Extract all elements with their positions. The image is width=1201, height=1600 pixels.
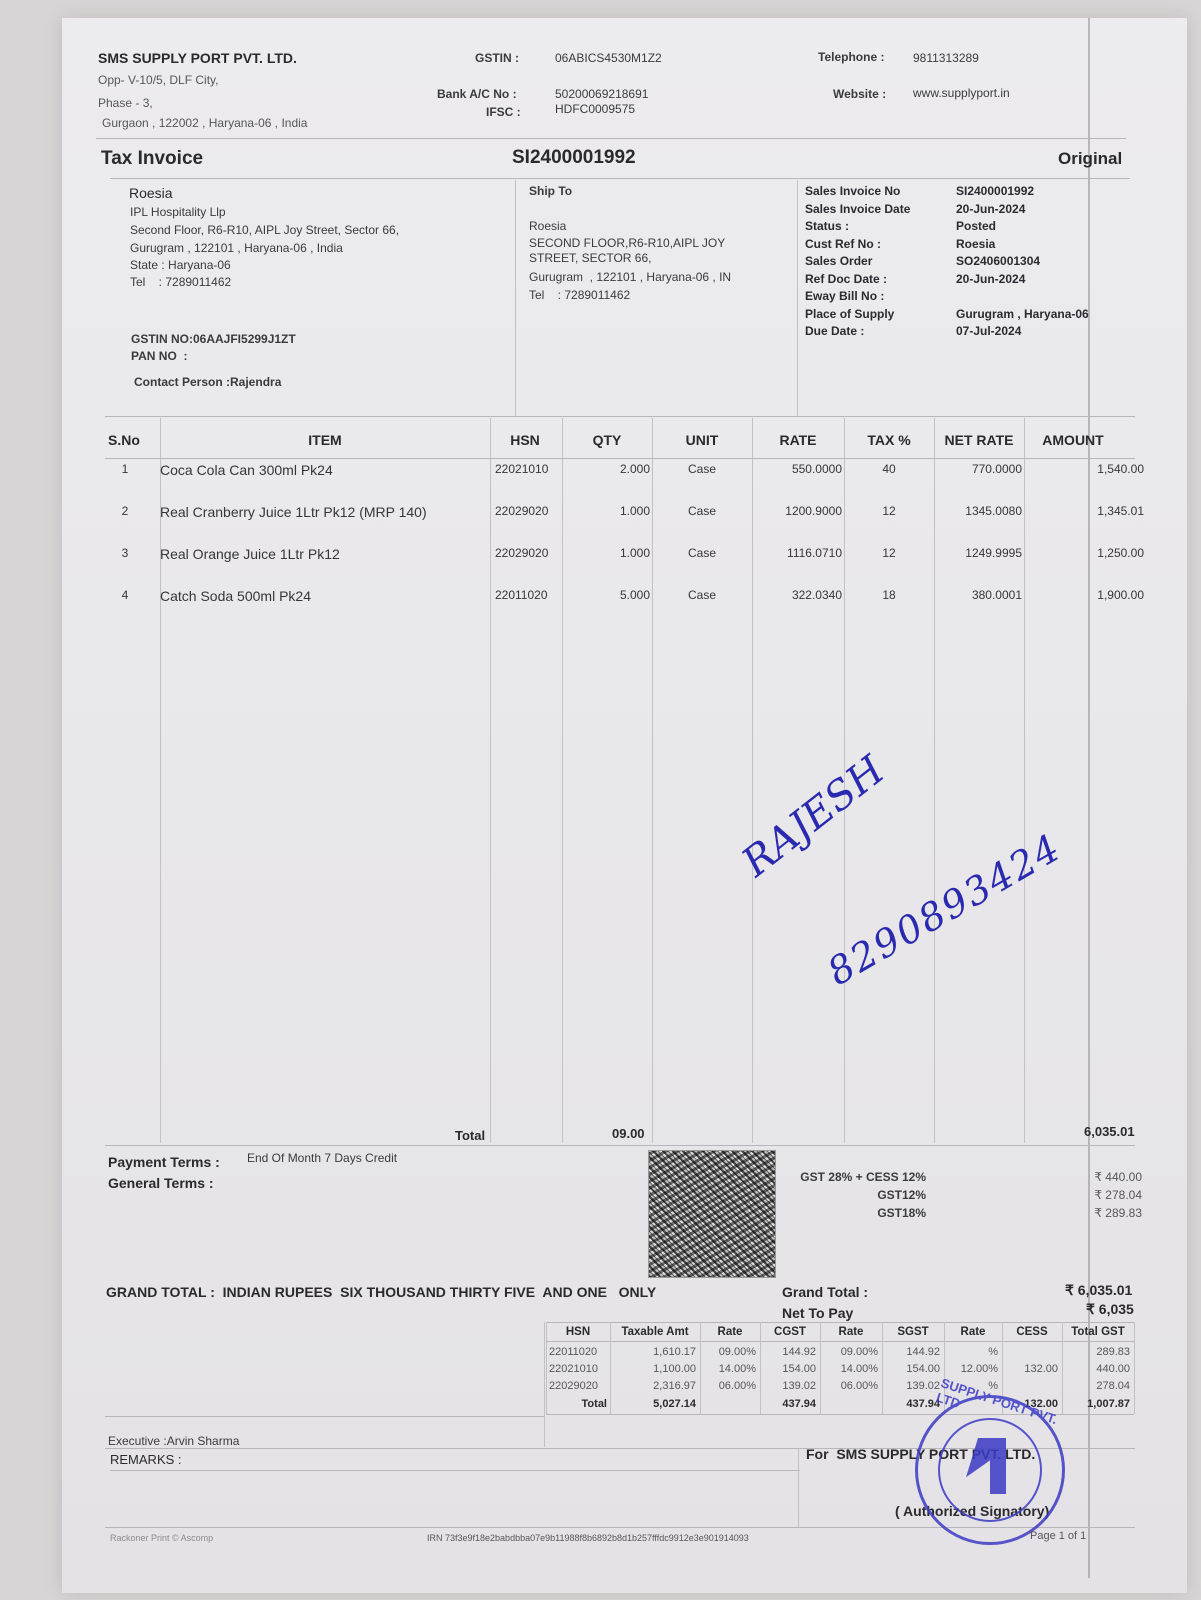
divider <box>110 1470 800 1471</box>
item-cell: 2.000 <box>562 462 650 476</box>
hsn-header-cell: Rate <box>700 1326 760 1338</box>
divider <box>797 180 798 416</box>
item-cell: 12 <box>844 546 934 560</box>
ship-to-heading: Ship To <box>529 184 572 198</box>
hsn-row-cell: 139.02 <box>882 1380 944 1392</box>
bank-label: Bank A/C No : <box>437 87 517 101</box>
meta-value-4: SO2406001304 <box>956 254 1040 268</box>
hsn-row-cell: 22029020 <box>546 1380 610 1392</box>
divider <box>105 416 1135 417</box>
payment-terms-label: Payment Terms : <box>108 1154 220 1170</box>
ifsc-value: HDFC0009575 <box>555 102 635 116</box>
hsn-header-cell: CESS <box>1002 1326 1062 1338</box>
bank-value: 50200069218691 <box>555 87 648 101</box>
column-divider <box>652 418 653 1143</box>
item-cell: 1 <box>108 462 142 476</box>
meta-value-3: Roesia <box>956 237 995 251</box>
copy-label: Original <box>1058 149 1122 169</box>
item-cell: 1,250.00 <box>1024 546 1144 560</box>
bill-to-gstin: GSTIN NO:06AAJFI5299J1ZT <box>131 332 296 346</box>
item-cell: 2 <box>108 504 142 518</box>
hsn-row-cell: 22011020 <box>546 1346 610 1358</box>
item-cell: 770.0000 <box>934 462 1022 476</box>
item-cell: 380.0001 <box>934 588 1022 602</box>
item-cell: 550.0000 <box>752 462 842 476</box>
grand-total-words: GRAND TOTAL : INDIAN RUPEES SIX THOUSAND… <box>106 1284 656 1300</box>
item-cell: 22029020 <box>495 504 565 518</box>
hsn-row-cell: 154.00 <box>882 1363 944 1375</box>
document-title: Tax Invoice <box>101 148 203 170</box>
item-cell: Real Orange Juice 1Ltr Pk12 <box>160 546 490 562</box>
item-cell: 4 <box>108 588 142 602</box>
hsn-total-cell: 1,007.87 <box>1062 1398 1134 1410</box>
hsn-header-cell: SGST <box>882 1326 944 1338</box>
bill-to-pan: PAN NO : <box>131 349 187 363</box>
divider <box>515 180 516 416</box>
contact-person: Contact Person :Rajendra <box>134 375 281 389</box>
hsn-row-cell: 06.00% <box>700 1380 760 1392</box>
item-cell: 22021010 <box>495 462 565 476</box>
column-header-hsn: HSN <box>490 432 560 448</box>
hsn-header-cell: Total GST <box>1062 1326 1134 1338</box>
website-link[interactable]: www.supplyport.in <box>913 86 1010 100</box>
website-label: Website : <box>833 87 886 101</box>
hsn-row-cell: 154.00 <box>760 1363 820 1375</box>
bill-to-line: Tel : 7289011462 <box>130 275 231 289</box>
divider <box>96 138 1126 139</box>
hsn-header-cell: CGST <box>760 1326 820 1338</box>
meta-label-5: Ref Doc Date : <box>805 272 887 286</box>
item-cell: Case <box>652 504 752 518</box>
meta-value-8: 07-Jul-2024 <box>956 324 1021 338</box>
hsn-total-cell: 5,027.14 <box>610 1398 700 1410</box>
hsn-top-border <box>546 1322 1134 1323</box>
column-divider <box>160 418 161 1143</box>
item-cell: 1.000 <box>562 504 650 518</box>
hsn-total-cell: Total <box>546 1398 610 1410</box>
item-cell: 22011020 <box>495 588 565 602</box>
meta-label-7: Place of Supply <box>805 307 894 321</box>
payment-terms-value: End Of Month 7 Days Credit <box>247 1151 397 1165</box>
hsn-row-cell: 139.02 <box>760 1380 820 1392</box>
column-header-unit: UNIT <box>652 432 752 448</box>
ship-to-line: Gurugram , 122101 , Haryana-06 , IN <box>529 270 731 284</box>
hsn-row-cell: 144.92 <box>760 1346 820 1358</box>
hsn-row-cell: 2,316.97 <box>610 1380 700 1392</box>
divider <box>544 1322 545 1447</box>
item-cell: 18 <box>844 588 934 602</box>
ship-to-line: Roesia <box>529 219 566 233</box>
gstin-value: 06ABICS4530M1Z2 <box>555 51 662 65</box>
total-label: Total <box>455 1128 485 1143</box>
hsn-row-cell: % <box>944 1346 1002 1358</box>
column-divider <box>934 418 935 1143</box>
invoice-number: SI2400001992 <box>512 147 636 169</box>
bill-to-name: Roesia <box>129 185 173 201</box>
total-qty: 09.00 <box>612 1126 645 1141</box>
grand-total-value: ₹ 6,035.01 <box>1065 1282 1132 1299</box>
item-cell: Real Cranberry Juice 1Ltr Pk12 (MRP 140) <box>160 504 490 520</box>
meta-label-0: Sales Invoice No <box>805 184 900 198</box>
column-divider <box>490 418 491 1143</box>
column-header-rate: RATE <box>752 432 844 448</box>
meta-label-1: Sales Invoice Date <box>805 202 910 216</box>
item-cell: Case <box>652 546 752 560</box>
hsn-row-cell: 144.92 <box>882 1346 944 1358</box>
item-cell: Case <box>652 462 752 476</box>
bill-to-line: IPL Hospitality Llp <box>130 205 226 219</box>
divider <box>110 178 1130 179</box>
executive: Executive :Arvin Sharma <box>108 1434 239 1448</box>
hsn-row-cell: 09.00% <box>700 1346 760 1358</box>
hsn-header-border <box>546 1341 1134 1342</box>
divider <box>798 1448 799 1528</box>
footer-print-credit: Rackoner Print © Ascomp <box>110 1533 213 1543</box>
hsn-row-cell: 12.00% <box>944 1363 1002 1375</box>
column-header-item: ITEM <box>160 432 490 448</box>
ship-to-line: Tel : 7289011462 <box>529 288 630 302</box>
meta-label-2: Status : <box>805 219 849 233</box>
hsn-row-cell: 06.00% <box>820 1380 882 1392</box>
hsn-row-cell: 132.00 <box>1002 1363 1062 1375</box>
item-cell: 22029020 <box>495 546 565 560</box>
meta-value-7: Gurugram , Haryana-06 <box>956 307 1089 321</box>
item-cell: 1200.9000 <box>752 504 842 518</box>
tax-summary-label: GST18% <box>786 1206 926 1220</box>
net-to-pay-value: ₹ 6,035 <box>1086 1301 1134 1318</box>
telephone-value: 9811313289 <box>913 51 979 65</box>
hsn-column-divider <box>1134 1322 1135 1414</box>
net-to-pay-label: Net To Pay <box>782 1305 853 1321</box>
hsn-row-cell: 1,610.17 <box>610 1346 700 1358</box>
hsn-row-cell: 14.00% <box>700 1363 760 1375</box>
grand-total-label: Grand Total : <box>782 1284 868 1300</box>
company-name: SMS SUPPLY PORT PVT. LTD. <box>98 50 297 66</box>
tax-summary-label: GST12% <box>786 1188 926 1202</box>
item-cell: 1249.9995 <box>934 546 1022 560</box>
hsn-header-cell: HSN <box>546 1326 610 1338</box>
item-cell: 1,900.00 <box>1024 588 1144 602</box>
item-cell: 322.0340 <box>752 588 842 602</box>
general-terms-label: General Terms : <box>108 1175 214 1191</box>
bill-to-line: Gurugram , 122101 , Haryana-06 , India <box>130 241 343 255</box>
hsn-row-cell: 289.83 <box>1062 1346 1134 1358</box>
header-divider <box>105 458 1135 459</box>
item-cell: 3 <box>108 546 142 560</box>
item-cell: Case <box>652 588 752 602</box>
column-header-tax-: TAX % <box>844 432 934 448</box>
item-cell: 1345.0080 <box>934 504 1022 518</box>
hsn-row-cell: 278.04 <box>1062 1380 1134 1392</box>
meta-value-5: 20-Jun-2024 <box>956 272 1025 286</box>
hsn-row-cell: 09.00% <box>820 1346 882 1358</box>
item-cell: Catch Soda 500ml Pk24 <box>160 588 490 604</box>
hsn-row-cell: 14.00% <box>820 1363 882 1375</box>
irn: IRN 73f3e9f18e2babdbba07e9b11988f8b6892b… <box>427 1533 749 1543</box>
company-address-1: Opp- V-10/5, DLF City, <box>98 73 219 87</box>
divider <box>105 1145 1135 1146</box>
company-stamp: SUPPLY PORT PVT. LTD <box>915 1395 1065 1545</box>
tax-summary-value: ₹ 289.83 <box>1040 1206 1142 1220</box>
item-cell: 12 <box>844 504 934 518</box>
column-header-net-rate: NET RATE <box>934 432 1024 448</box>
divider <box>105 1416 545 1417</box>
meta-value-1: 20-Jun-2024 <box>956 202 1025 216</box>
hsn-row-cell: 1,100.00 <box>610 1363 700 1375</box>
item-cell: 1,540.00 <box>1024 462 1144 476</box>
item-cell: 1116.0710 <box>752 546 842 560</box>
bill-to-line: Second Floor, R6-R10, AIPL Joy Street, S… <box>130 223 399 237</box>
ship-to-line: STREET, SECTOR 66, <box>529 251 651 265</box>
column-divider <box>1024 418 1025 1143</box>
hsn-row-cell: 22021010 <box>546 1363 610 1375</box>
company-address-3: Gurgaon , 122002 , Haryana-06 , India <box>102 116 307 130</box>
company-address-2: Phase - 3, <box>98 96 153 110</box>
meta-label-3: Cust Ref No : <box>805 237 881 251</box>
total-amount: 6,035.01 <box>1084 1124 1135 1139</box>
column-header-qty: QTY <box>562 432 652 448</box>
item-cell: 1,345.01 <box>1024 504 1144 518</box>
e-invoice-qr-code <box>648 1150 776 1278</box>
hsn-row-cell: 440.00 <box>1062 1363 1134 1375</box>
tax-summary-value: ₹ 440.00 <box>1040 1170 1142 1184</box>
meta-value-2: Posted <box>956 219 996 233</box>
hsn-header-cell: Taxable Amt <box>610 1326 700 1338</box>
column-header-amount: AMOUNT <box>1024 432 1122 448</box>
remarks-label: REMARKS : <box>110 1452 182 1467</box>
column-divider <box>752 418 753 1143</box>
page-number: Page 1 of 1 <box>1030 1530 1086 1542</box>
item-cell: 1.000 <box>562 546 650 560</box>
column-header-s-no: S.No <box>108 432 158 448</box>
meta-value-0: SI2400001992 <box>956 184 1034 198</box>
item-cell: 5.000 <box>562 588 650 602</box>
gstin-label: GSTIN : <box>475 51 519 65</box>
hsn-header-cell: Rate <box>944 1326 1002 1338</box>
item-cell: 40 <box>844 462 934 476</box>
paper-fold-line <box>1088 18 1090 1578</box>
ifsc-label: IFSC : <box>486 105 521 119</box>
hsn-header-cell: Rate <box>820 1326 882 1338</box>
item-cell: Coca Cola Can 300ml Pk24 <box>160 462 490 478</box>
tax-summary-label: GST 28% + CESS 12% <box>786 1170 926 1184</box>
tax-summary-value: ₹ 278.04 <box>1040 1188 1142 1202</box>
hsn-total-cell: 437.94 <box>760 1398 820 1410</box>
meta-label-6: Eway Bill No : <box>805 289 884 303</box>
meta-label-4: Sales Order <box>805 254 872 268</box>
ship-to-line: SECOND FLOOR,R6-R10,AIPL JOY <box>529 236 725 250</box>
telephone-label: Telephone : <box>818 50 884 64</box>
bill-to-line: State : Haryana-06 <box>130 258 231 272</box>
column-divider <box>562 418 563 1143</box>
meta-label-8: Due Date : <box>805 324 864 338</box>
